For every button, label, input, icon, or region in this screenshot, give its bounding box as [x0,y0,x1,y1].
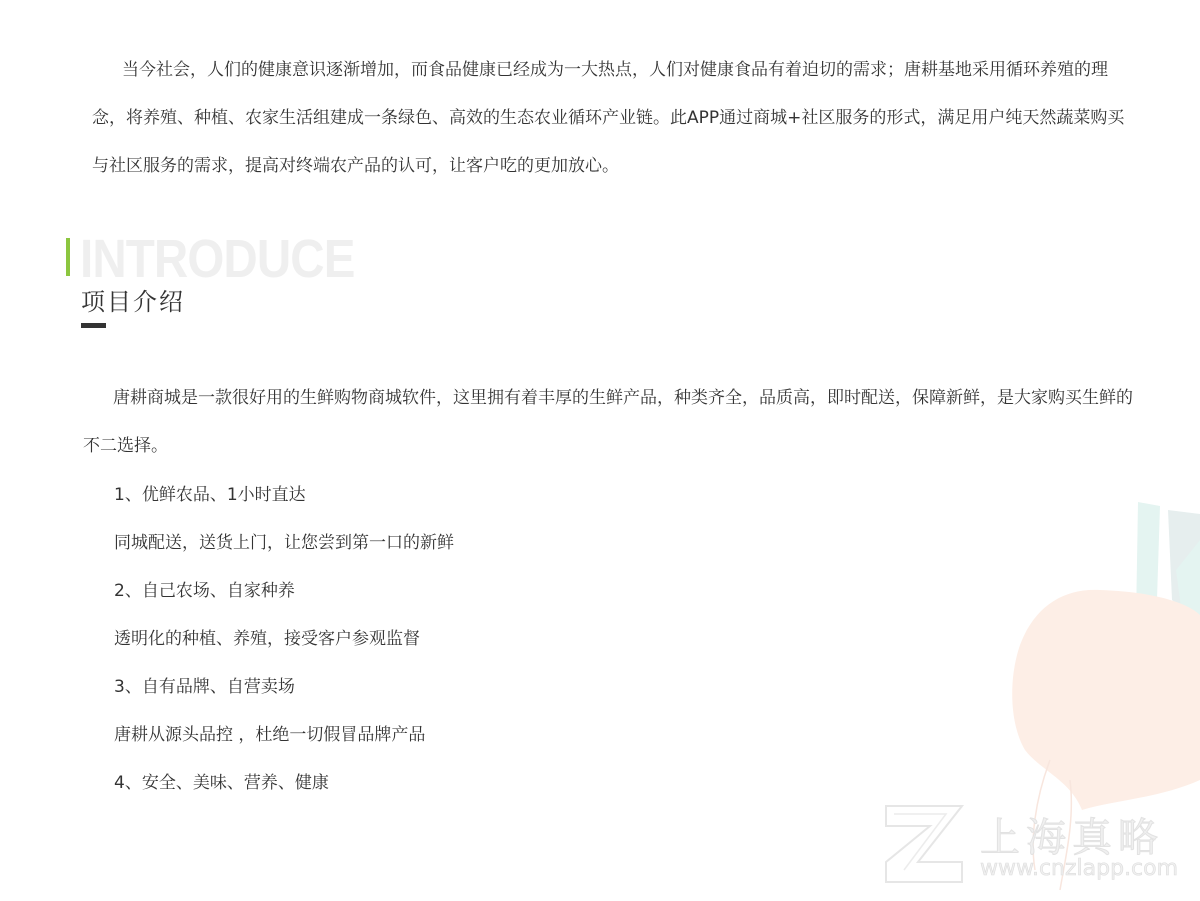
accent-bar [66,238,70,276]
description-paragraph: 唐耕商城是一款很好用的生鲜购物商城软件，这里拥有着丰厚的生鲜产品，种类齐全，品质… [83,374,1133,470]
title-underline [81,323,106,328]
feature-detail: 透明化的种植、养殖，接受客户参观监督 [114,615,454,663]
feature-heading: 1、优鲜农品、1小时直达 [114,471,454,519]
feature-heading: 4、安全、美味、营养、健康 [114,759,454,807]
zl-logo-icon [884,804,964,884]
watermark-company: 上海真略 [980,806,1164,863]
feature-heading: 2、自己农场、自家种养 [114,567,454,615]
feature-heading: 3、自有品牌、自营卖场 [114,663,454,711]
feature-list: 1、优鲜农品、1小时直达 同城配送，送货上门，让您尝到第一口的新鲜 2、自己农场… [114,471,454,807]
feature-detail: 唐耕从源头品控 ，杜绝一切假冒品牌产品 [114,711,454,759]
section-header: INTRODUCE 项目介绍 [66,232,466,332]
watermark-url: www.cnzlapp.com [980,856,1178,881]
watermark: 上海真略 www.cnzlapp.com [884,804,964,888]
intro-paragraph: 当今社会，人们的健康意识逐渐增加，而食品健康已经成为一大热点，人们对健康食品有着… [92,46,1132,190]
section-title: 项目介绍 [81,282,185,317]
feature-detail: 同城配送，送货上门，让您尝到第一口的新鲜 [114,519,454,567]
ghost-title: INTRODUCE [80,228,355,290]
